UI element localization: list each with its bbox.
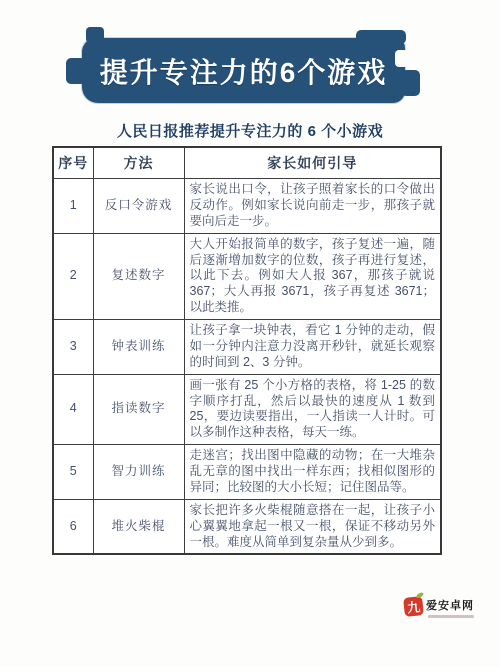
table-row: 1 反口令游戏 家长说出口令，让孩子照着家长的口令做出反动作。例如家长说向前走一… xyxy=(53,179,441,234)
table-row: 6 堆火柴棍 家长把许多火柴棍随意搭在一起，让孩子小心翼翼地拿起一根又一根，保证… xyxy=(53,499,441,554)
row-number: 2 xyxy=(53,233,93,319)
table-row: 3 钟表训练 让孩子拿一块钟表，看它 1 分钟的走动，假如一分钟内注意力没离开秒… xyxy=(53,320,441,375)
column-header-guidance: 家长如何引导 xyxy=(184,147,441,179)
table-header-row: 序号 方法 家长如何引导 xyxy=(53,147,441,179)
row-number: 3 xyxy=(53,320,93,375)
row-number: 1 xyxy=(53,179,93,234)
row-guidance: 画一张有 25 个小方格的表格，将 1-25 的数字顺序打乱，然后以最快的速度从… xyxy=(184,374,441,445)
row-method: 钟表训练 xyxy=(93,320,184,375)
red-seal-icon: 九 xyxy=(403,596,424,617)
row-number: 5 xyxy=(53,445,93,500)
banner-brush-notch xyxy=(395,50,408,67)
column-header-method: 方法 xyxy=(93,147,184,179)
table-row: 2 复述数字 大人开始报简单的数字，孩子复述一遍，随后逐渐增加数字的位数，孩子再… xyxy=(53,233,441,319)
row-guidance: 家长把许多火柴棍随意搭在一起，让孩子小心翼翼地拿起一根又一根，保证不移动另外一根… xyxy=(184,499,441,554)
row-guidance: 家长说出口令，让孩子照着家长的口令做出反动作。例如家长说向前走一步，那孩子就要向… xyxy=(184,179,441,234)
row-guidance: 走迷宫；找出图中隐藏的动物；在一大堆杂乱无章的图中找出一样东西；找相似图形的异同… xyxy=(184,445,441,500)
leaf-icon xyxy=(415,591,424,599)
row-guidance: 让孩子拿一块钟表，看它 1 分钟的走动，假如一分钟内注意力没离开秒针，就延长观察… xyxy=(184,320,441,375)
banner: 提升专注力的6个游戏 xyxy=(82,38,405,103)
table-row: 4 指读数字 画一张有 25 个小方格的表格，将 1-25 的数字顺序打乱，然后… xyxy=(53,374,441,445)
watermark-site-name: 爱安卓网 xyxy=(426,597,474,613)
row-method: 复述数字 xyxy=(93,233,184,319)
row-method: 堆火柴棍 xyxy=(93,499,184,554)
seal-character: 九 xyxy=(406,596,421,616)
row-method: 智力训练 xyxy=(93,445,184,500)
row-method: 反口令游戏 xyxy=(93,179,184,234)
row-number: 6 xyxy=(53,499,93,554)
row-guidance: 大人开始报简单的数字，孩子复述一遍，随后逐渐增加数字的位数，孩子再进行复述，以此… xyxy=(184,233,441,319)
infographic-page: 提升专注力的6个游戏 人民日报推荐提升专注力的 6 个小游戏 序号 方法 家长如… xyxy=(0,0,500,667)
table-row: 5 智力训练 走迷宫；找出图中隐藏的动物；在一大堆杂乱无章的图中找出一样东西；找… xyxy=(53,445,441,500)
site-watermark: 九 爱安卓网 xyxy=(404,597,474,618)
row-number: 4 xyxy=(53,374,93,445)
column-header-number: 序号 xyxy=(53,147,93,179)
row-method: 指读数字 xyxy=(93,374,184,445)
page-title: 人民日报推荐提升专注力的 6 个小游戏 xyxy=(0,120,500,141)
focus-games-table: 序号 方法 家长如何引导 1 反口令游戏 家长说出口令，让孩子照着家长的口令做出… xyxy=(52,146,442,555)
watermark-subtext-line xyxy=(428,615,474,618)
banner-title: 提升专注力的6个游戏 xyxy=(100,51,388,91)
